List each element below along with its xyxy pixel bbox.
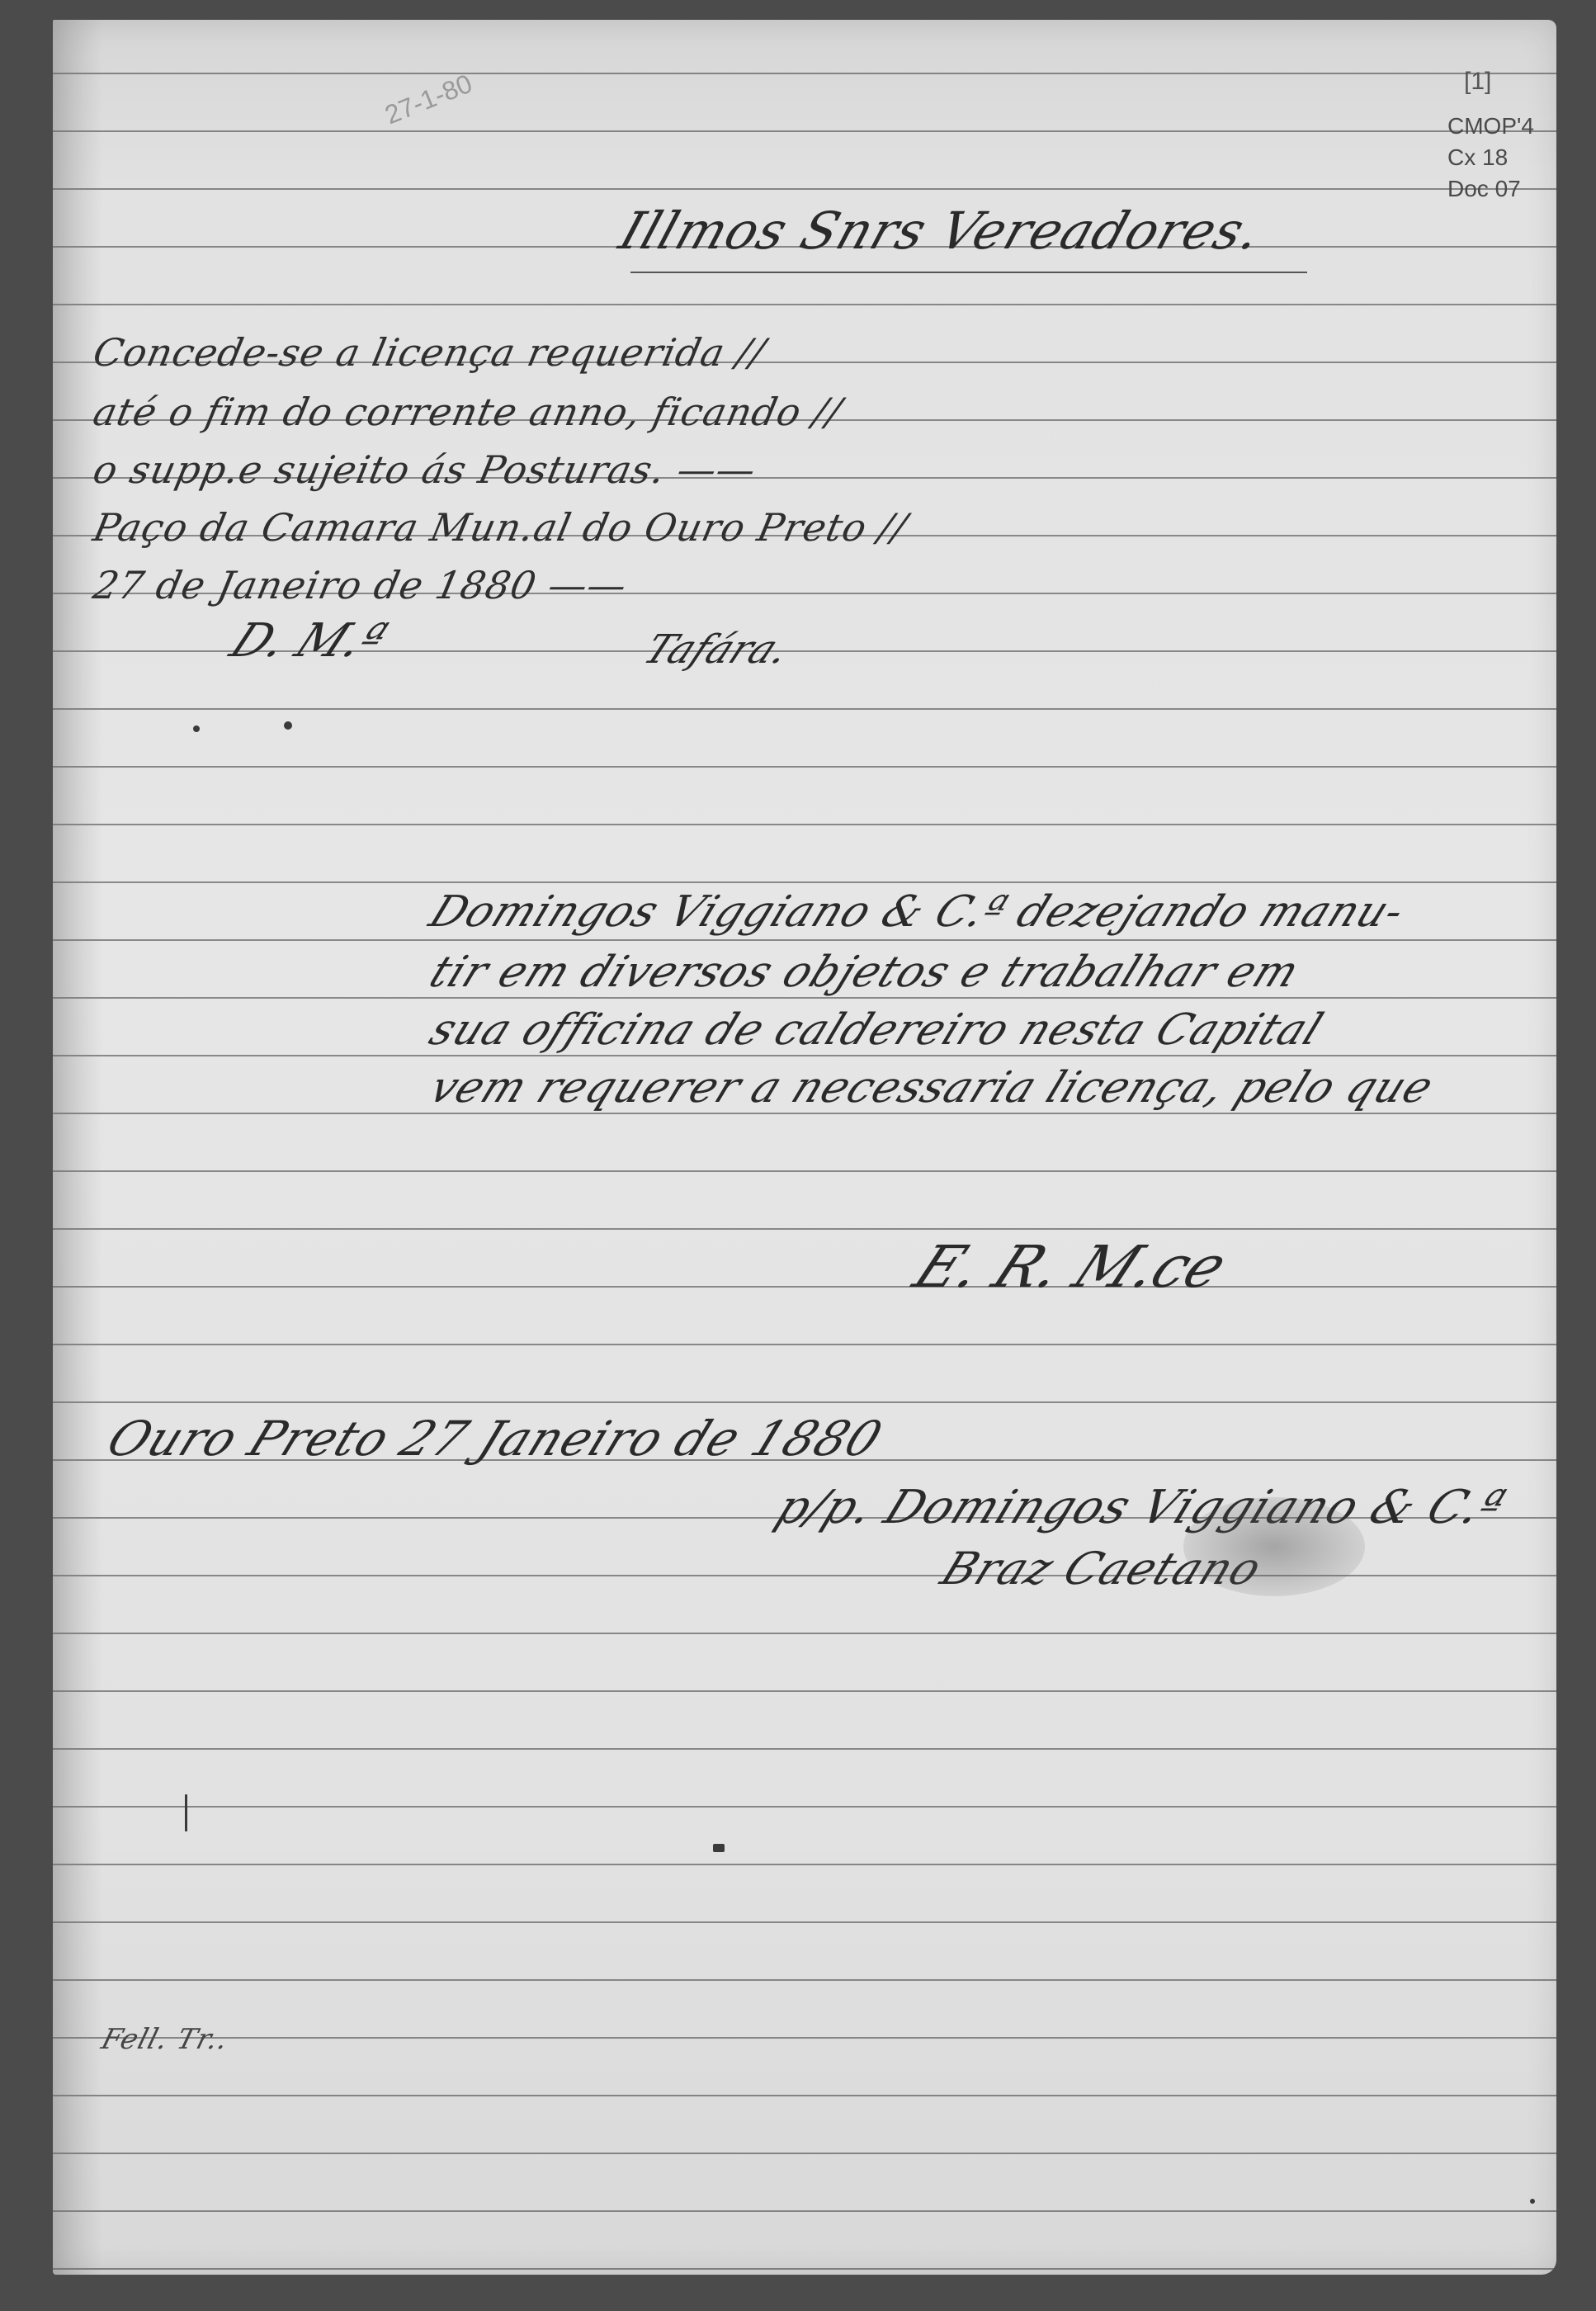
- petition-line: sua officina de caldereiro nesta Capital: [423, 1009, 1329, 1052]
- ink-dot: [284, 721, 292, 730]
- ink-dot: [193, 725, 200, 732]
- closing-formula: E. R. M.ce: [904, 1233, 1239, 1301]
- dispatch-line: 27 de Janeiro de 1880 ——: [90, 566, 630, 604]
- ink-mark: [713, 1844, 725, 1852]
- ink-dot: [1530, 2199, 1535, 2204]
- salutation: Illmos Snrs Vereadores.: [614, 206, 1268, 257]
- dispatch-line: Concede-se a licença requerida //: [90, 333, 769, 371]
- dispatch-line: até o fim do corrente anno, ficando //: [90, 393, 845, 431]
- petition-line: vem requerer a necessaria licença, pelo …: [423, 1066, 1439, 1109]
- salutation-flourish: [630, 272, 1307, 273]
- place-date: Ouro Preto 27 Janeiro de 1880: [101, 1415, 889, 1463]
- archive-reference-line: Cx 18: [1447, 142, 1534, 173]
- document-page: [1] CMOP'4 Cx 18 Doc 07 27-1-80 Illmos S…: [53, 20, 1556, 2275]
- archive-reference-line: Doc 07: [1447, 173, 1534, 205]
- archive-bracket-number: [1]: [1464, 69, 1491, 94]
- pen-stroke-mark: [185, 1794, 187, 1831]
- archive-reference-line: CMOP'4: [1447, 111, 1534, 142]
- petition-line: Domingos Viggiano & C.ª dezejando manu-: [423, 891, 1410, 933]
- dispatch-line: Paço da Camara Mun.al do Ouro Preto //: [90, 508, 910, 546]
- scan-background: [1] CMOP'4 Cx 18 Doc 07 27-1-80 Illmos S…: [0, 0, 1596, 2311]
- ink-smudge: [1183, 1497, 1365, 1596]
- old-pencil-number: 27-1-80: [381, 70, 475, 129]
- archive-reference: CMOP'4 Cx 18 Doc 07: [1447, 111, 1534, 205]
- petition-line: tir em diversos objetos e trabalhar em: [423, 951, 1306, 994]
- footer-note: Fell. Tr..: [98, 2025, 231, 2053]
- dispatch-signature: Tafára.: [636, 626, 798, 673]
- dispatch-signature: D. M.ª: [222, 614, 396, 668]
- dispatch-line: o supp.e sujeito ás Posturas. ——: [90, 451, 759, 489]
- signature-line: p/p. Domingos Viggiano & C.ª: [770, 1485, 1512, 1531]
